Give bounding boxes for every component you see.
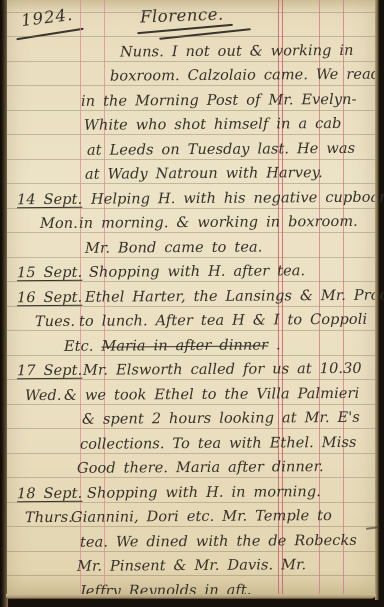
diary-line: Jeffry Reynolds in aft. — [7, 578, 375, 605]
entry-text: Giannini, Dori etc. Mr. Temple to — [71, 505, 332, 529]
diary-line: at Wady Natroun with Harvey. — [7, 162, 375, 189]
entry-text-segment: to lunch. After tea H & I to Coppoli — [79, 312, 367, 330]
diary-line: in the Morning Post of Mr. Evelyn- — [7, 88, 375, 115]
entry-text: & spent 2 hours looking at Mr. E's — [82, 407, 360, 431]
entry-text-segment: Mr. Bond came to tea. — [85, 239, 263, 256]
diary-line: & spent 2 hours looking at Mr. E's — [7, 407, 375, 434]
entry-text-segment: Etc. — [64, 338, 102, 354]
entry-text-segment: at Leeds on Tuesday last. He was — [87, 140, 355, 158]
entry-text-segment: & we took Ethel to the Villa Palmieri — [64, 385, 359, 403]
entry-text: Mr. Elsworth called for us at 10.30 — [83, 358, 362, 382]
entry-text: to lunch. After tea H & I to Coppoli — [79, 309, 367, 333]
entry-day-label: Wed. — [25, 384, 62, 406]
entry-text: at Leeds on Tuesday last. He was — [87, 137, 355, 161]
page-title: Florence. — [140, 5, 224, 27]
page-year: 1924. — [20, 5, 74, 30]
diary-line: Tues.to lunch. After tea H & I to Coppol… — [7, 309, 375, 336]
diary-line: tea. We dined with the de Robecks — [7, 529, 375, 556]
diary-line: boxroom. Calzolaio came. We read — [7, 64, 375, 91]
diary-line: White who shot himself in a cab — [7, 113, 375, 140]
entry-text-segment: collections. To tea with Ethel. Miss — [80, 434, 357, 452]
entry-text-segment: Giannini, Dori etc. Mr. Temple to — [71, 508, 332, 526]
entry-text-segment: & spent 2 hours looking at Mr. E's — [82, 410, 360, 428]
diary-line: 17 Sept.Mr. Elsworth called for us at 10… — [7, 358, 375, 385]
entry-text-segment: Ethel Harter, the Lansings & Mr. Procter — [85, 287, 384, 305]
entry-text: Mr. Pinsent & Mr. Davis. Mr. — [77, 554, 306, 578]
entry-date-label: 15 Sept. — [17, 262, 82, 284]
page-edge-bottom — [6, 594, 376, 599]
entry-text: & we took Ethel to the Villa Palmieri — [64, 382, 359, 406]
diary-line: 15 Sept.Shopping with H. after tea. — [7, 260, 375, 287]
entry-text: White who shot himself in a cab — [84, 113, 342, 137]
diary-line: Thurs.Giannini, Dori etc. Mr. Temple to — [7, 505, 375, 532]
entry-day-label: Thurs. — [25, 507, 73, 529]
entry-date-label: 14 Sept. — [17, 188, 82, 210]
paper: 1924. Florence. Nuns. I not out & workin… — [7, 0, 375, 594]
diary-line: 18 Sept.Shopping with H. in morning. — [7, 480, 375, 507]
entry-text: Nuns. I not out & working in — [120, 39, 354, 63]
entry-text-segment: Mr. Elsworth called for us at 10.30 — [83, 361, 362, 379]
entry-text-segment: . — [268, 337, 281, 353]
entry-text: in morning. & working in boxroom. — [79, 211, 358, 235]
diary-line: Mr. Pinsent & Mr. Davis. Mr. — [7, 554, 375, 581]
entry-text: Etc. Maria in after dinner . — [64, 334, 281, 358]
entry-text-segment: tea. We dined with the de Robecks — [80, 532, 357, 550]
entry-text-segment: White who shot himself in a cab — [84, 116, 342, 134]
entry-text-segment: boxroom. Calzolaio came. We read — [110, 67, 380, 85]
entry-text-segment: Nuns. I not out & working in — [120, 42, 354, 60]
entry-text: Shopping with H. after tea. — [89, 260, 305, 284]
entry-text: at Wady Natroun with Harvey. — [85, 162, 323, 186]
entry-text-segment: in the Morning Post of Mr. Evelyn- — [81, 91, 357, 109]
entry-text: Good there. Maria after dinner. — [77, 456, 324, 480]
entry-text-segment: Shopping with H. in morning. — [87, 484, 321, 502]
diary-line: 16 Sept.Ethel Harter, the Lansings & Mr.… — [7, 284, 375, 311]
entry-text-segment: Shopping with H. after tea. — [89, 263, 305, 281]
diary-line: collections. To tea with Ethel. Miss — [7, 431, 375, 458]
entry-text: Ethel Harter, the Lansings & Mr. Procter — [85, 284, 384, 308]
page-edge-right — [375, 0, 379, 600]
entry-text: tea. We dined with the de Robecks — [80, 529, 357, 553]
entry-text-segment: Mr. Pinsent & Mr. Davis. Mr. — [77, 557, 306, 575]
entry-day-label: Tues. — [35, 311, 75, 333]
entry-text-segment: Maria in after dinner — [101, 337, 268, 354]
entry-date-label: 17 Sept. — [17, 360, 82, 382]
entry-day-label: Mon. — [40, 213, 78, 235]
entry-text-segment: in morning. & working in boxroom. — [79, 214, 358, 232]
entry-text-segment: at Wady Natroun with Harvey. — [85, 165, 323, 183]
entry-text: boxroom. Calzolaio came. We read — [110, 64, 380, 88]
entry-text-segment: Good there. Maria after dinner. — [77, 459, 324, 477]
entry-date-label: 16 Sept. — [17, 286, 82, 308]
entry-text: collections. To tea with Ethel. Miss — [80, 431, 357, 455]
entry-date-label: 18 Sept. — [17, 482, 82, 504]
entry-text: in the Morning Post of Mr. Evelyn- — [81, 88, 357, 112]
diary-line: Nuns. I not out & working in — [7, 39, 375, 66]
diary-line: Wed.& we took Ethel to the Villa Palmier… — [7, 382, 375, 409]
diary-line: Good there. Maria after dinner. — [7, 456, 375, 483]
entry-text: Mr. Bond came to tea. — [85, 236, 263, 259]
diary-line: 14 Sept.Helping H. with his negative cup… — [7, 186, 375, 213]
entry-text: Helping H. with his negative cupboard — [91, 186, 384, 210]
diary-line: at Leeds on Tuesday last. He was — [7, 137, 375, 164]
entry-text: Shopping with H. in morning. — [87, 481, 321, 505]
diary-line: Etc. Maria in after dinner . — [7, 333, 375, 360]
entry-text-segment: Helping H. with his negative cupboard — [91, 189, 384, 207]
diary-line: Mr. Bond came to tea. — [7, 235, 375, 262]
diary-line: Mon.in morning. & working in boxroom. — [7, 211, 375, 238]
diary-page-scan: 1924. Florence. Nuns. I not out & workin… — [0, 0, 384, 607]
